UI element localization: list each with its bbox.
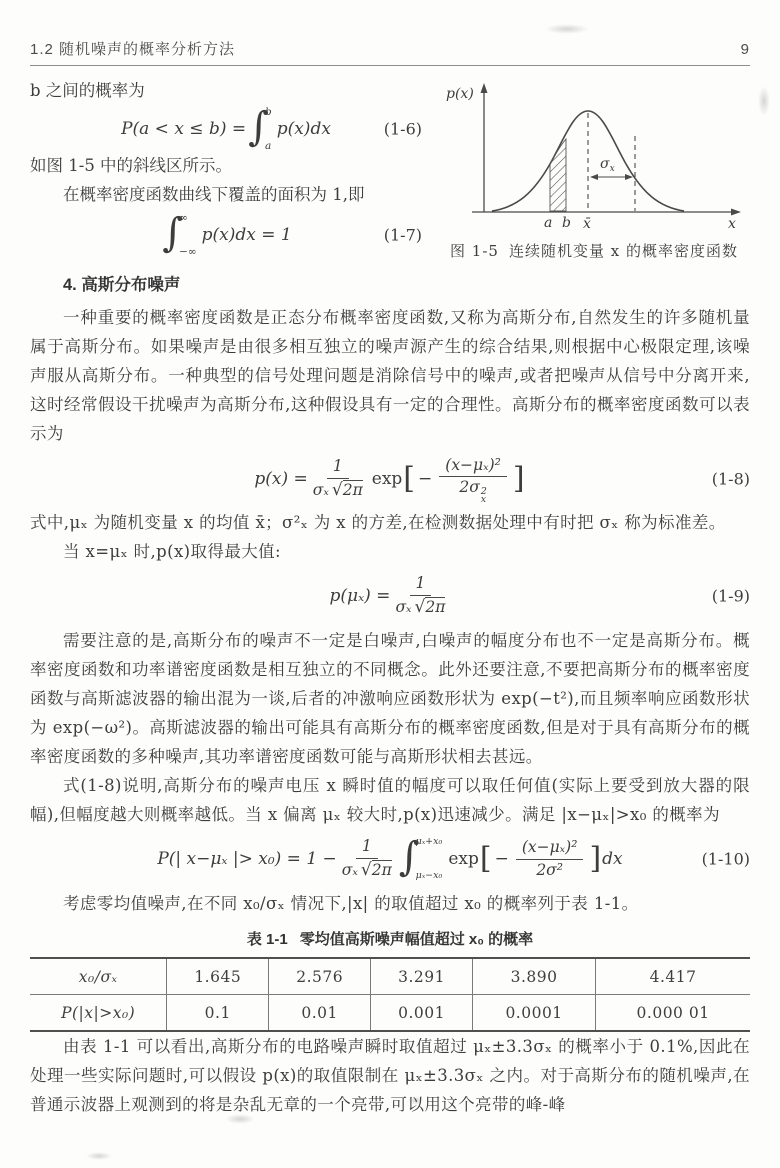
eq10-integral: ∫ μₓ+x₀μₓ−x₀	[399, 837, 443, 881]
eq10-fraction-1: 1 σₓ√2π	[342, 837, 392, 881]
table-cell: 0.000 01	[596, 995, 750, 1032]
equation-1-9: p(μₓ) = 1 σₓ√2π (1-9)	[30, 568, 750, 624]
page-number: 9	[741, 41, 750, 58]
table-cell: 0.1	[167, 995, 269, 1032]
eq10-dx: dx	[602, 849, 622, 869]
table-row: P(|x|>x₀) 0.1 0.01 0.001 0.0001 0.000 01	[30, 995, 750, 1032]
table-cell: 2.576	[269, 958, 371, 995]
equation-1-8: p(x) = 1 σₓ√2π exp [ − (x−μₓ)² 2σ2x ] (1…	[30, 452, 750, 506]
equation-1-7: ∫ ∞−∞ p(x)dx = 1 (1-7)	[30, 213, 422, 257]
eq7-rhs: p(x)dx = 1	[202, 225, 292, 245]
eq8-f1-den: σₓ	[313, 481, 329, 500]
eq8-f2-den: 2σ	[459, 478, 479, 497]
radical-icon: √	[415, 597, 426, 618]
paragraph-conclusion: 由表 1-1 可以看出,高斯分布的电路噪声瞬时取值超过 μₓ±3.3σₓ 的概率…	[30, 1032, 750, 1119]
eq8-f2-num: (x−μₓ)²	[439, 456, 507, 477]
subsection-heading: 4. 高斯分布噪声	[30, 271, 750, 295]
eq8-f2-den-sub: x	[481, 496, 487, 504]
book-page: 1.2 随机噪声的概率分析方法 9	[0, 0, 780, 1168]
eq8-f1-radicand: 2π	[343, 480, 363, 500]
eq6-integral: ∫ ba	[248, 107, 272, 151]
scan-artifact	[86, 1152, 112, 1160]
table-1-1: x₀/σₓ 1.645 2.576 3.291 3.890 4.417 P(|x…	[30, 957, 750, 1032]
eq10-f2-num: (x−μₓ)²	[516, 838, 584, 859]
eq10-lhs: P(| x−μₓ |> x₀) = 1 −	[157, 849, 336, 869]
paragraph-when-max: 当 x=μₓ 时,p(x)取得最大值:	[30, 537, 750, 566]
eq7-integral: ∫ ∞−∞	[162, 213, 196, 257]
row-header-probability: P(|x|>x₀)	[30, 995, 167, 1032]
table-cell: 1.645	[167, 958, 269, 995]
header-rule	[30, 65, 750, 66]
eq8-number: (1-8)	[712, 470, 750, 489]
x-axis-arrow-icon	[731, 209, 741, 216]
label-sigma: σx	[600, 156, 615, 174]
eq10-int-lower: μₓ−x₀	[416, 871, 443, 881]
table-row: x₀/σₓ 1.645 2.576 3.291 3.890 4.417	[30, 958, 750, 995]
paragraph-white-noise-note: 需要注意的是,高斯分布的噪声不一定是白噪声,白噪声的幅度分布也不一定是高斯分布。…	[30, 626, 750, 771]
table-title-text: 零均值高斯噪声幅值超过 x₀ 的概率	[300, 931, 533, 948]
table-cell: 0.01	[269, 995, 371, 1032]
figure-1-5: p(x) x a b x̄ σx 图 1-5连续随机变量 x 的概率密度函数	[438, 80, 750, 261]
eq10-f1-radicand: 2π	[372, 860, 392, 880]
radical-icon: √	[332, 480, 343, 501]
paragraph-gaussian-intro: 一种重要的概率密度函数是正态分布概率密度函数,又称为高斯分布,自然发生的许多随机…	[30, 303, 750, 448]
table-cell: 3.291	[371, 958, 473, 995]
eq10-f1-num: 1	[356, 837, 378, 858]
integral-icon: ∫	[162, 216, 183, 250]
eq9-den: σₓ	[395, 598, 411, 617]
eq10-f1-den: σₓ	[342, 861, 358, 880]
eq9-fraction: 1 σₓ√2π	[395, 574, 445, 618]
paragraph-mu-sigma: 式中,μₓ 为随机变量 x 的均值 x̄；σ²ₓ 为 x 的方差,在检测数据处理…	[30, 508, 750, 537]
sigma-base: σ	[600, 156, 610, 172]
eq8-exp: exp	[372, 469, 403, 489]
eq10-minus: −	[495, 849, 509, 869]
eq8-fraction-1: 1 σₓ√2π	[313, 457, 363, 501]
label-b: b	[562, 215, 571, 230]
sigma-sub: x	[610, 164, 615, 174]
eq10-fraction-2: (x−μₓ)² 2σ²	[516, 838, 584, 880]
y-axis-arrow-icon	[481, 83, 488, 93]
section-title: 1.2 随机噪声的概率分析方法	[30, 38, 235, 59]
figure-caption: 图 1-5连续随机变量 x 的概率密度函数	[438, 240, 750, 261]
integral-icon: ∫	[248, 110, 269, 144]
eq9-lhs: p(μₓ) =	[330, 586, 391, 606]
table-cell: 0.0001	[473, 995, 596, 1032]
table-cell: 3.890	[473, 958, 596, 995]
label-a: a	[544, 215, 552, 230]
figure-caption-label: 图 1-5	[450, 242, 499, 260]
table-title: 表 1-1零均值高斯噪声幅值超过 x₀ 的概率	[30, 928, 750, 949]
table-title-label: 表 1-1	[247, 931, 288, 948]
eq6-number: (1-6)	[384, 120, 422, 139]
eq8-minus: −	[418, 469, 432, 489]
table-cell: 4.417	[596, 958, 750, 995]
hatched-probability-region	[550, 139, 566, 211]
eq9-number: (1-9)	[712, 587, 750, 606]
table-cell: 0.001	[371, 995, 473, 1032]
row-header-x0-sigma: x₀/σₓ	[30, 958, 167, 995]
x-axis-label: x	[728, 216, 736, 230]
eq9-radicand: 2π	[425, 597, 445, 617]
paragraph-table-intro: 考虑零均值噪声,在不同 x₀/σₓ 情况下,|x| 的取值超过 x₀ 的概率列于…	[30, 889, 750, 918]
eq8-lhs: p(x) =	[254, 469, 307, 489]
eq10-number: (1-10)	[702, 850, 750, 869]
radical-icon: √	[361, 860, 372, 881]
equation-1-6: P(a < x ≤ b) = ∫ ba p(x)dx (1-6)	[30, 109, 422, 149]
label-mean: x̄	[583, 216, 591, 230]
sigma-arrow-left-icon	[590, 174, 598, 180]
equation-1-10: P(| x−μₓ |> x₀) = 1 − 1 σₓ√2π ∫ μₓ+x₀μₓ−…	[30, 831, 750, 887]
figure-caption-text: 连续随机变量 x 的概率密度函数	[509, 242, 738, 260]
eq8-fraction-2: (x−μₓ)² 2σ2x	[439, 456, 507, 502]
eq10-f2-den: 2σ²	[536, 860, 563, 880]
eq8-f1-num: 1	[327, 457, 349, 478]
eq6-rhs: p(x)dx	[277, 119, 331, 139]
integral-icon: ∫	[399, 840, 420, 874]
pdf-curve-plot: p(x) x a b x̄ σx	[438, 80, 750, 230]
eq10-exp: exp	[448, 849, 479, 869]
paragraph-eq8-explanation: 式(1-8)说明,高斯分布的噪声电压 x 瞬时值的幅度可以取任何值(实际上要受到…	[30, 771, 750, 829]
y-axis-label: p(x)	[446, 86, 474, 102]
eq9-num: 1	[410, 574, 432, 595]
eq7-number: (1-7)	[384, 226, 422, 245]
eq6-lhs: P(a < x ≤ b) =	[121, 119, 246, 139]
eq10-int-upper: μₓ+x₀	[416, 837, 443, 847]
running-header: 1.2 随机噪声的概率分析方法 9	[30, 0, 750, 59]
